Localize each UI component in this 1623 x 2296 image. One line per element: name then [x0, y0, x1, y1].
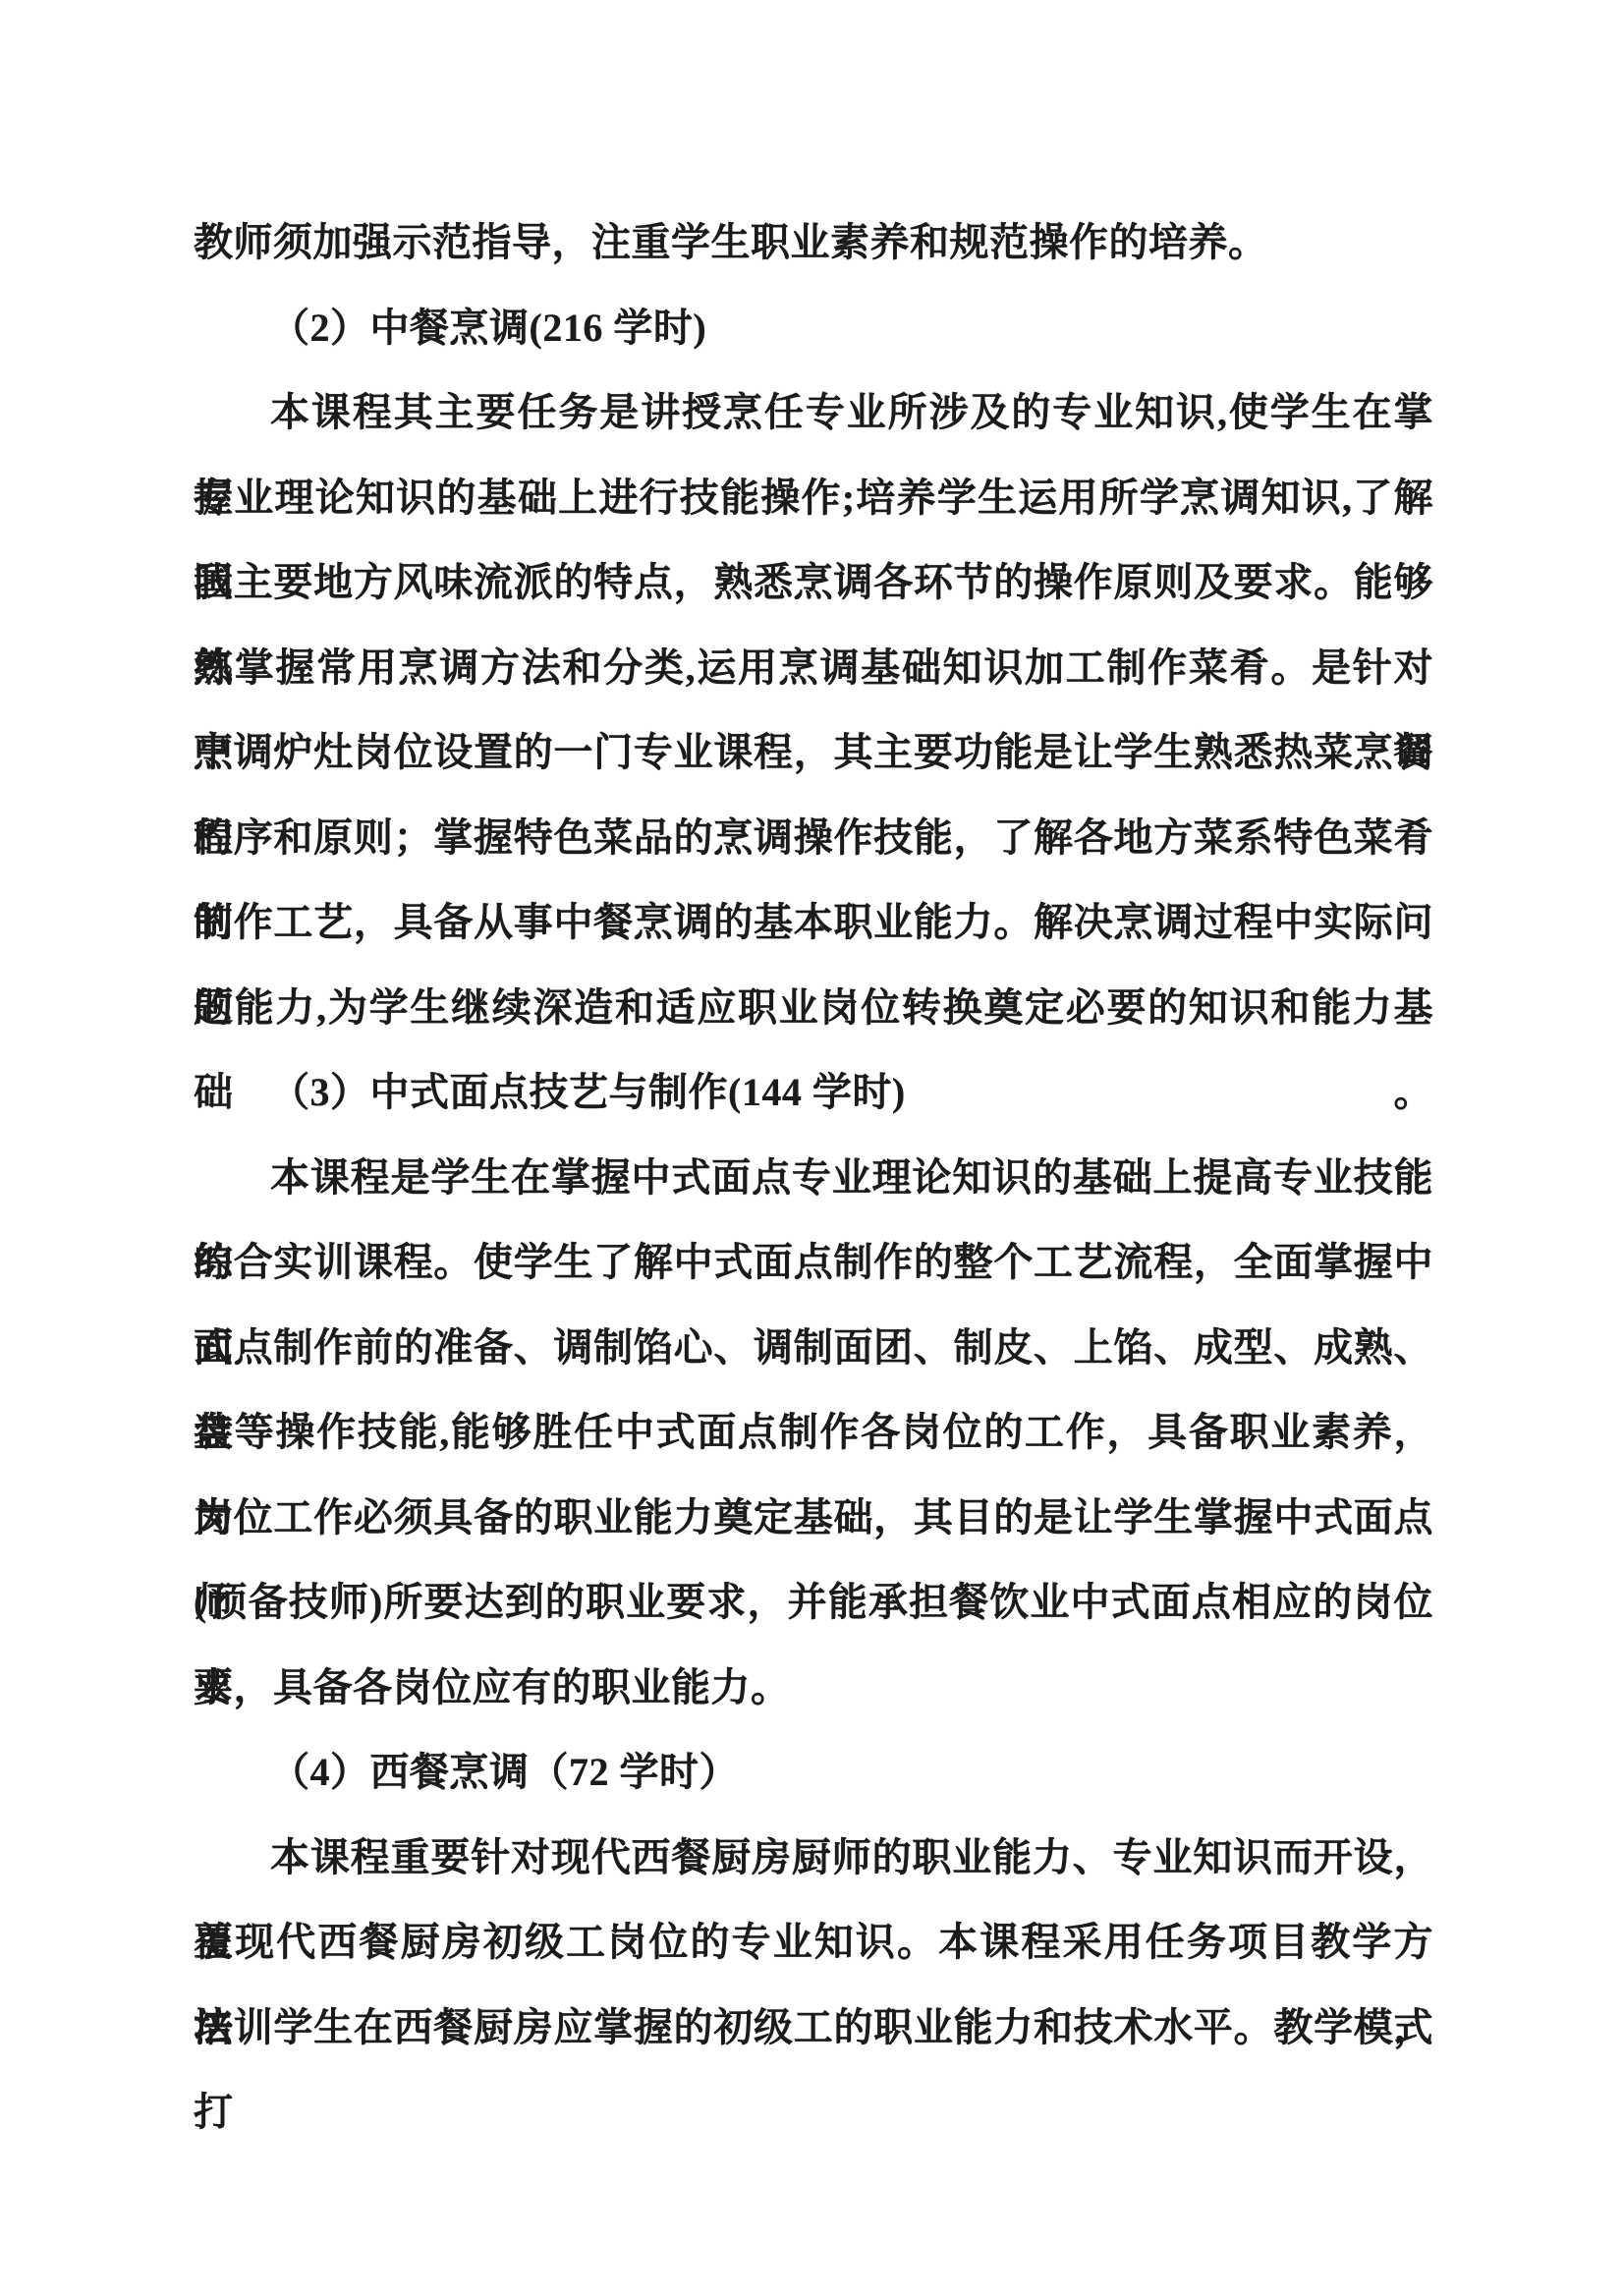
text-line-heading: （4）西餐烹调（72 学时） — [194, 1730, 1433, 1816]
document-text-block: 教师须加强示范指导，注重学生职业素养和规范操作的培养。 （2）中餐烹调(216 … — [194, 200, 1433, 2070]
text-line: 盖现代西餐厨房初级工岗位的专业知识。本课程采用任务项目教学方法， — [194, 1900, 1433, 1986]
text-line: (预备技师)所要达到的职业要求，并能承担餐饮业中式面点相应的岗位要 — [194, 1560, 1433, 1646]
text-line: 培训学生在西餐厨房应掌握的初级工的职业能力和技术水平。教学模式打 — [194, 1986, 1433, 2071]
text-line: 岗位工作必须具备的职业能力奠定基础，其目的是让学生掌握中式面点师 — [194, 1476, 1433, 1561]
text-line: 烹调炉灶岗位设置的一门专业课程，其主要功能是让学生熟悉热菜烹调的 — [194, 710, 1433, 796]
text-line-heading: （2）中餐烹调(216 学时) — [194, 286, 1433, 371]
text-line: 教师须加强示范指导，注重学生职业素养和规范操作的培养。 — [194, 200, 1433, 286]
text-line: 盘等操作技能,能够胜任中式面点制作各岗位的工作，具备职业素养，为 — [194, 1390, 1433, 1476]
text-line: 的能力,为学生继续深造和适应职业岗位转换奠定必要的知识和能力基础。 — [194, 966, 1433, 1051]
text-line: 练掌握常用烹调方法和分类,运用烹调基础知识加工制作菜肴。是针对中餐 — [194, 626, 1433, 711]
text-line: 求，具备各岗位应有的职业能力。 — [194, 1646, 1433, 1731]
text-line: 制作工艺，具备从事中餐烹调的基本职业能力。解决烹调过程中实际问题 — [194, 880, 1433, 966]
text-line: 面点制作前的准备、调制馅心、调制面团、制皮、上馅、成型、成熟、装 — [194, 1306, 1433, 1391]
document-page: 教师须加强示范指导，注重学生职业素养和规范操作的培养。 （2）中餐烹调(216 … — [0, 0, 1623, 2296]
text-line: 本课程重要针对现代西餐厨房厨师的职业能力、专业知识而开设，覆 — [194, 1816, 1433, 1901]
text-line: 本课程其主要任务是讲授烹任专业所涉及的专业知识,使学生在掌握 — [194, 370, 1433, 456]
text-line: 国主要地方风味流派的特点，熟悉烹调各环节的操作原则及要求。能够熟 — [194, 540, 1433, 626]
text-line: 程序和原则；掌握特色菜品的烹调操作技能，了解各地方菜系特色菜肴的 — [194, 796, 1433, 881]
text-line: 专业理论知识的基础上进行技能操作;培养学生运用所学烹调知识,了解我 — [194, 456, 1433, 541]
text-line: 本课程是学生在掌握中式面点专业理论知识的基础上提高专业技能的 — [194, 1136, 1433, 1221]
text-line: 综合实训课程。使学生了解中式面点制作的整个工艺流程，全面掌握中式 — [194, 1220, 1433, 1306]
